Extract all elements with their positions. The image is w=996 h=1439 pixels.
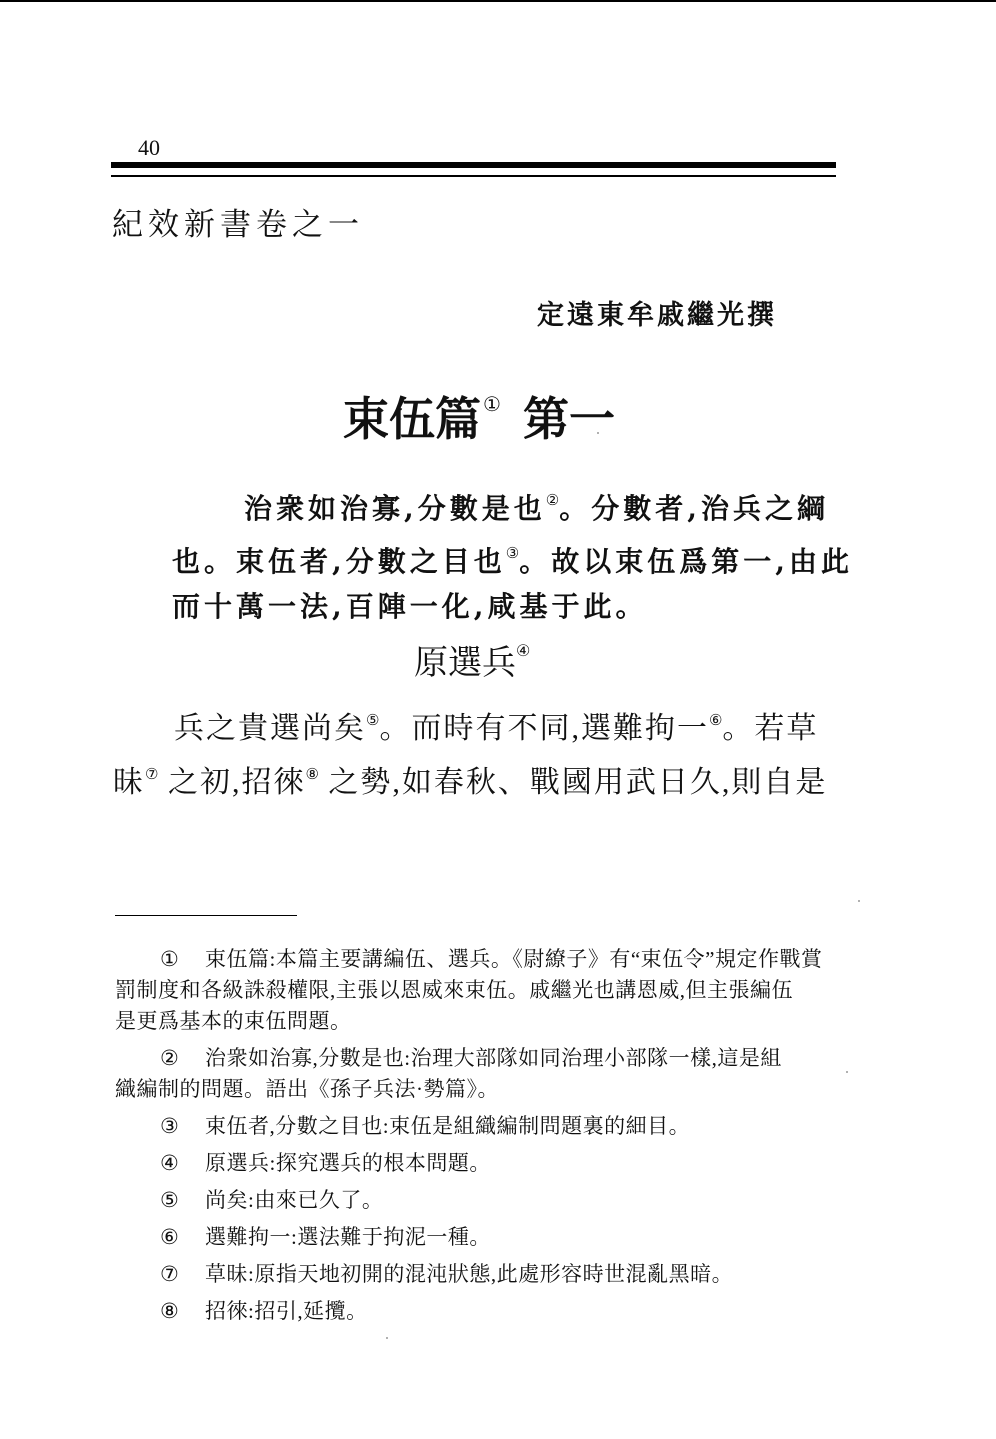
- text-run: 草昧:原指天地初開的混沌狀態,此處形容時世混亂黑暗。: [205, 1262, 733, 1286]
- footnote-2: ②治衆如治寡,分數是也:治理大部隊如同治理小部隊一樣,這是組 織編制的問題。語出…: [115, 1043, 855, 1105]
- footnote-ref[interactable]: ⑦: [145, 767, 158, 783]
- body-paragraph: 兵之貴選尚矣⑤。而時有不同,選難拘一⑥。若草 昧⑦ 之初,招徠⑧ 之勢,如春秋、…: [113, 698, 853, 806]
- footnote-number: ③: [160, 1111, 205, 1142]
- author-line: 定遠東牟戚繼光撰: [537, 298, 777, 334]
- footnote-line: 織編制的問題。語出《孫子兵法·勢篇》。: [115, 1074, 855, 1105]
- running-head: 紀效新書卷之一: [112, 205, 364, 245]
- footnote-ref[interactable]: ⑧: [305, 767, 318, 783]
- intro-paragraph: 治衆如治寡,分數是也②。分數者,治兵之綱 也。束伍者,分數之目也③。故以束伍爲第…: [172, 478, 842, 629]
- footnote-number: ⑧: [160, 1296, 205, 1327]
- footnote-line: ④原選兵:探究選兵的根本問題。: [115, 1148, 855, 1179]
- footnote-line: ⑧招徠:招引,延攬。: [115, 1296, 855, 1327]
- header-rule-thin: [111, 175, 836, 177]
- text-run: 招徠:招引,延攬。: [205, 1299, 368, 1323]
- text-run: 。分數者,治兵之綱: [559, 492, 829, 525]
- scan-speck: [597, 432, 599, 434]
- intro-line: 治衆如治寡,分數是也②。分數者,治兵之綱: [172, 478, 842, 531]
- text-run: 選難拘一:選法難于拘泥一種。: [205, 1225, 491, 1249]
- text-run: 也。束伍者,分數之目也: [172, 545, 506, 578]
- footnote-ref[interactable]: ①: [483, 392, 501, 416]
- text-run: 兵之貴選尚矣: [174, 712, 366, 745]
- footnote-line: 罰制度和各級誅殺權限,主張以恩威來束伍。戚繼光也講恩威,但主張編伍: [115, 975, 855, 1006]
- text-run: 治衆如治寡,分數是也:治理大部隊如同治理小部隊一樣,這是組: [205, 1046, 782, 1070]
- text-run: 尚矣:由來已久了。: [205, 1188, 383, 1212]
- footnote-number: ⑦: [160, 1259, 205, 1290]
- chapter-subtitle: 第一: [523, 392, 615, 446]
- scan-speck: [858, 900, 860, 902]
- text-run: 束伍篇:本篇主要講編伍、選兵。《尉繚子》有“束伍令”規定作戰賞: [205, 947, 822, 971]
- chapter-title: 束伍篇①第一: [343, 376, 615, 447]
- footnote-line: ②治衆如治寡,分數是也:治理大部隊如同治理小部隊一樣,這是組: [115, 1043, 855, 1074]
- footnote-ref[interactable]: ③: [506, 544, 519, 562]
- footnote-line: ⑤尚矣:由來已久了。: [115, 1185, 855, 1216]
- footnote-line: ⑥選難拘一:選法難于拘泥一種。: [115, 1222, 855, 1253]
- body-line: 昧⑦ 之初,招徠⑧ 之勢,如春秋、戰國用武日久,則自是: [113, 752, 853, 806]
- chapter-title-text: 束伍篇: [343, 392, 481, 446]
- scan-speck: [386, 1337, 388, 1339]
- footnote-1: ①束伍篇:本篇主要講編伍、選兵。《尉繚子》有“束伍令”規定作戰賞 罰制度和各級誅…: [115, 944, 855, 1037]
- text-run: 昧: [113, 766, 145, 799]
- section-heading: 原選兵④: [414, 630, 530, 686]
- footnote-4: ④原選兵:探究選兵的根本問題。: [115, 1148, 855, 1179]
- text-run: 原選兵:探究選兵的根本問題。: [205, 1151, 491, 1175]
- text-run: 。而時有不同,選難拘一: [379, 712, 709, 745]
- footnote-ref[interactable]: ②: [546, 491, 559, 509]
- footnote-ref[interactable]: ⑤: [366, 713, 379, 729]
- scan-top-edge: [0, 0, 996, 2]
- footnote-line: ③束伍者,分數之目也:束伍是組織編制問題裏的細目。: [115, 1111, 855, 1142]
- intro-line: 而十萬一法,百陣一化,咸基于此。: [172, 584, 842, 629]
- footnote-line: ①束伍篇:本篇主要講編伍、選兵。《尉繚子》有“束伍令”規定作戰賞: [115, 944, 855, 975]
- section-heading-text: 原選兵: [414, 645, 516, 682]
- footnote-number: ⑤: [160, 1185, 205, 1216]
- footnote-3: ③束伍者,分數之目也:束伍是組織編制問題裏的細目。: [115, 1111, 855, 1142]
- text-run: 之勢,如春秋、戰國用武日久,則自是: [319, 766, 828, 799]
- intro-line: 也。束伍者,分數之目也③。故以束伍爲第一,由此: [172, 531, 842, 584]
- footnote-number: ①: [160, 944, 205, 975]
- footnotes: ①束伍篇:本篇主要講編伍、選兵。《尉繚子》有“束伍令”規定作戰賞 罰制度和各級誅…: [115, 944, 855, 1333]
- header-rule-thick: [111, 162, 836, 168]
- text-run: 之初,招徠: [158, 766, 305, 799]
- footnote-number: ②: [160, 1043, 205, 1074]
- footnote-number: ⑥: [160, 1222, 205, 1253]
- footnote-line: ⑦草昧:原指天地初開的混沌狀態,此處形容時世混亂黑暗。: [115, 1259, 855, 1290]
- text-run: 治衆如治寡,分數是也: [244, 492, 546, 525]
- text-run: 。若草: [722, 712, 818, 745]
- footnote-5: ⑤尚矣:由來已久了。: [115, 1185, 855, 1216]
- footnote-number: ④: [160, 1148, 205, 1179]
- footnote-6: ⑥選難拘一:選法難于拘泥一種。: [115, 1222, 855, 1253]
- body-line: 兵之貴選尚矣⑤。而時有不同,選難拘一⑥。若草: [113, 698, 853, 752]
- text-run: 。故以束伍爲第一,由此: [519, 545, 853, 578]
- footnote-divider: [115, 915, 297, 916]
- text-run: 束伍者,分數之目也:束伍是組織編制問題裏的細目。: [205, 1114, 690, 1138]
- footnote-8: ⑧招徠:招引,延攬。: [115, 1296, 855, 1327]
- text-run: 而十萬一法,百陣一化,咸基于此。: [172, 590, 648, 623]
- footnote-ref[interactable]: ⑥: [709, 713, 722, 729]
- footnote-ref[interactable]: ④: [516, 643, 530, 660]
- scan-speck: [846, 1071, 848, 1073]
- footnote-line: 是更爲基本的束伍問題。: [115, 1006, 855, 1037]
- page-number: 40: [138, 136, 160, 160]
- footnote-7: ⑦草昧:原指天地初開的混沌狀態,此處形容時世混亂黑暗。: [115, 1259, 855, 1290]
